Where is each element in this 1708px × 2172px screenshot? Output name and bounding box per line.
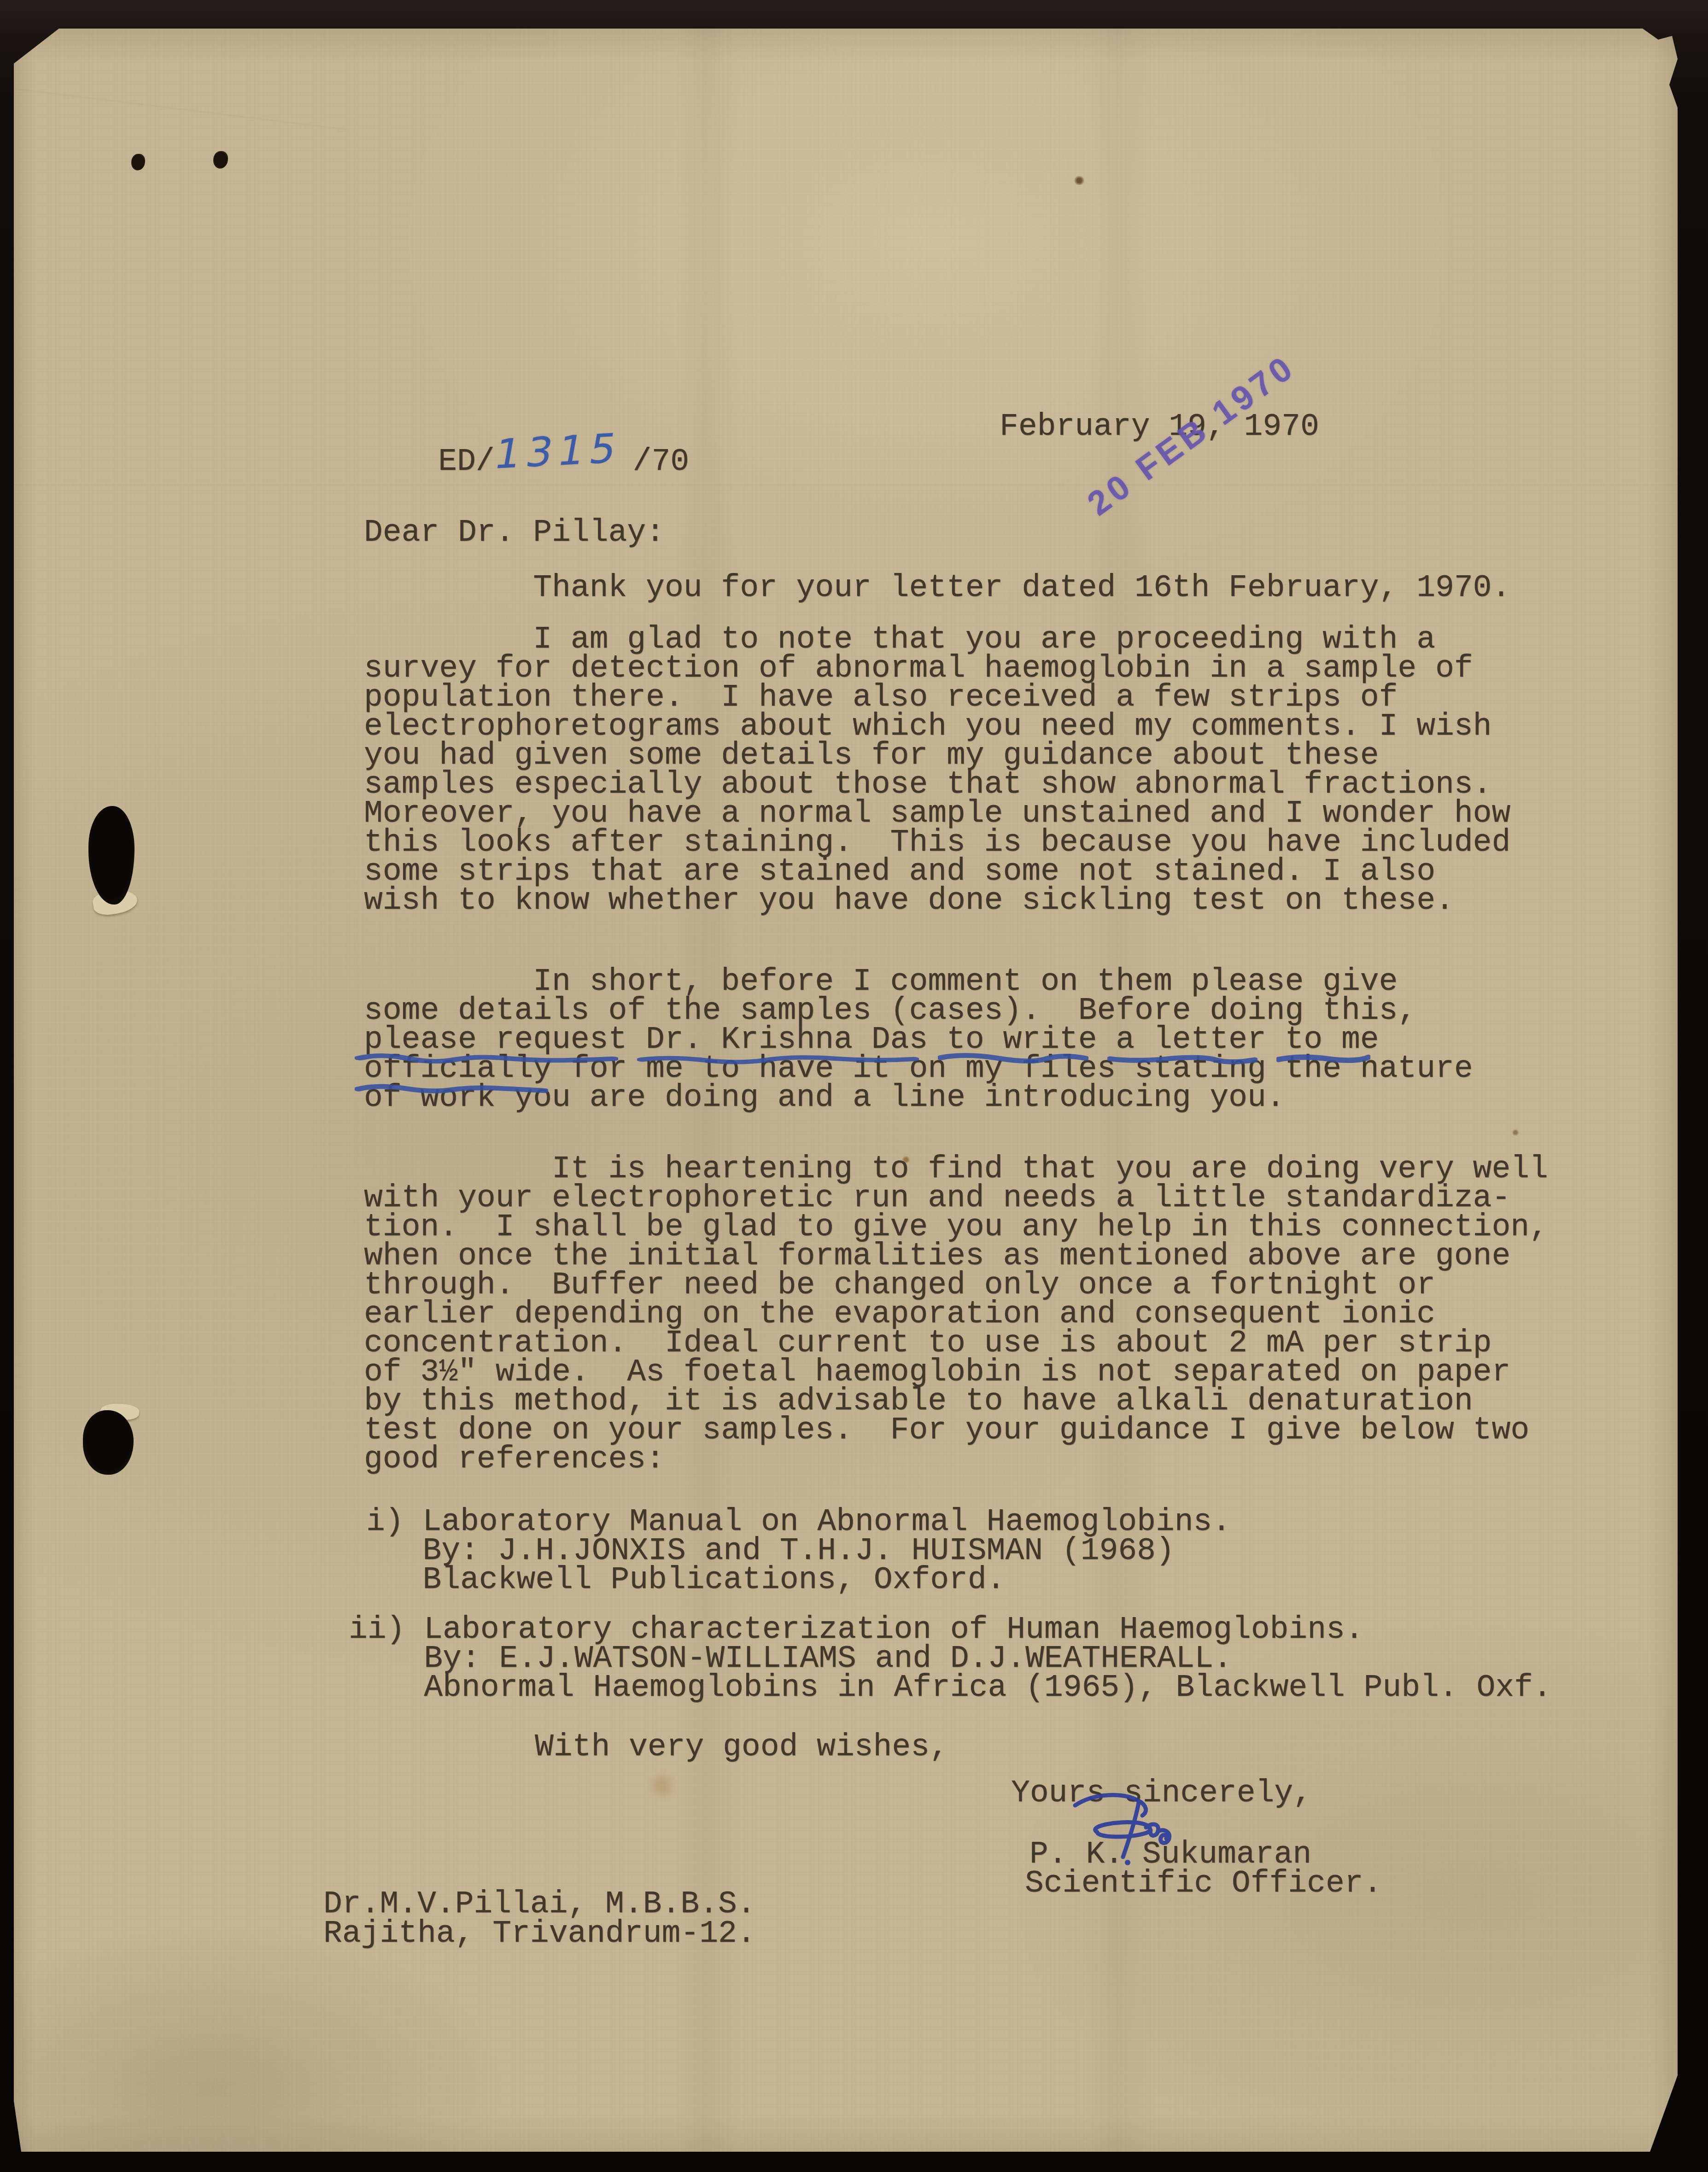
fold-crease xyxy=(1,86,349,130)
reference-typed-suffix: /70 xyxy=(633,444,689,479)
punch-hole xyxy=(88,806,135,905)
ink-underline xyxy=(637,1052,919,1065)
ink-underline xyxy=(355,1081,548,1095)
punch-hole xyxy=(83,1410,134,1475)
reference-item-1: i) Laboratory Manual on Abnormal Haemogl… xyxy=(366,1507,1231,1594)
paper-stain xyxy=(646,1774,678,1798)
ink-underline xyxy=(1276,1051,1370,1065)
ink-underline xyxy=(1107,1053,1258,1065)
fold-crease xyxy=(14,483,1678,485)
salutation: Dear Dr. Pillay: xyxy=(364,518,665,547)
staple-hole xyxy=(131,154,145,170)
scanned-letter: { "letter": { "reference": { "prefix": "… xyxy=(0,0,1708,2172)
paragraph-thanks: Thank you for your letter dated 16th Feb… xyxy=(364,573,1510,602)
reference-item-2: ii) Laboratory characterization of Human… xyxy=(349,1615,1552,1702)
letter-page: ED/1315/70 February 19, 1970 20 FEB 1970… xyxy=(14,29,1678,2152)
ink-underline xyxy=(938,1051,1088,1064)
paper-stain xyxy=(1073,176,1085,185)
signer-title: Scientific Officer. xyxy=(1025,1869,1382,1898)
paragraph-survey-comments: I am glad to note that you are proceedin… xyxy=(364,625,1510,915)
closing-line: With very good wishes, xyxy=(535,1733,948,1762)
signer-name: P. K. Sukumaran xyxy=(1029,1840,1311,1869)
reference-line: ED/1315/70 xyxy=(363,412,689,505)
paper-stain xyxy=(1512,1129,1519,1136)
recipient-address: Dr.M.V.Pillai, M.B.B.S. Rajitha, Trivand… xyxy=(323,1890,756,1949)
reference-handwritten-number: 1315 xyxy=(492,433,624,469)
staple-hole xyxy=(213,151,228,169)
reference-typed-prefix: ED/ xyxy=(438,444,494,479)
ink-underline xyxy=(355,1051,618,1065)
paragraph-technical-advice: It is heartening to find that you are do… xyxy=(364,1155,1548,1474)
